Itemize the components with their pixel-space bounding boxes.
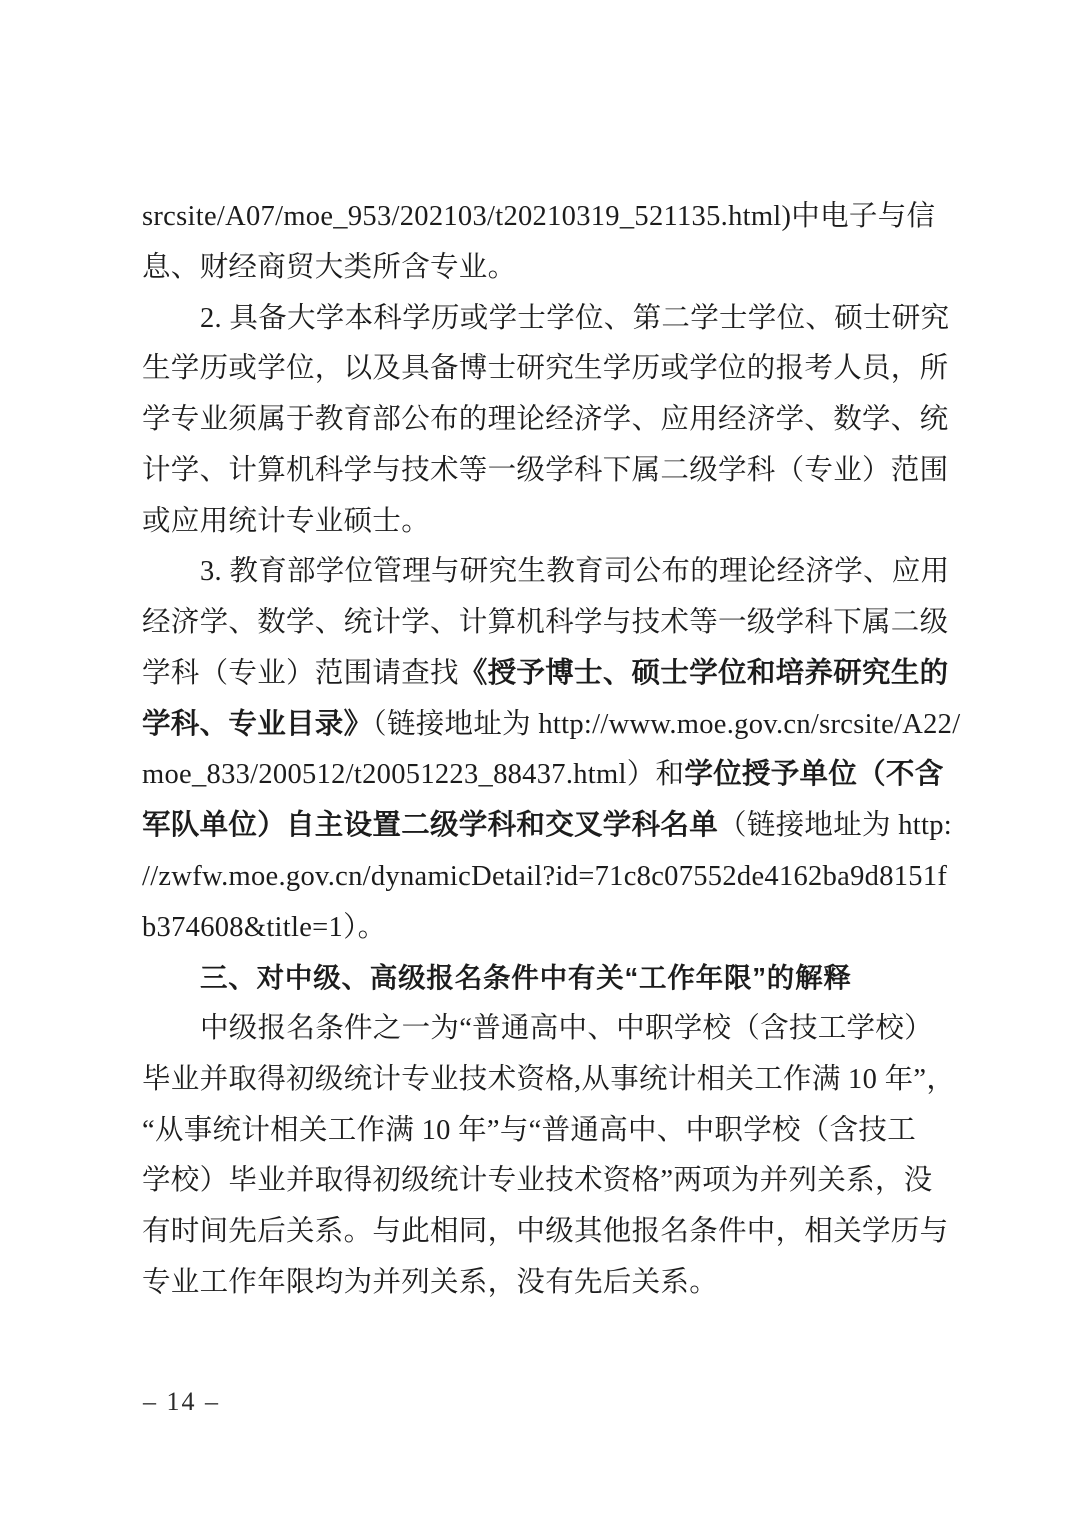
text-run: 2. 具备大学本科学历或学士学位、第二学士学位、硕士研究 (200, 303, 949, 334)
text-run: 学科（专业）范围请查找 (142, 658, 459, 689)
text-run: 3. 教育部学位管理与研究生教育司公布的理论经济学、应用 (200, 556, 949, 587)
document-page: srcsite/A07/moe_953/202103/t20210319_521… (0, 0, 1074, 1520)
document-body: srcsite/A07/moe_953/202103/t20210319_521… (142, 192, 956, 1309)
text-line: “从事统计相关工作满 10 年”与“普通高中、中职学校（含技工 (142, 1106, 956, 1157)
text-line: 经济学、数学、统计学、计算机科学与技术等一级学科下属二级 (142, 598, 956, 649)
text-run: moe_833/200512/t20051223_88437.html）和 (142, 759, 684, 790)
text-run: b374608&title=1）。 (142, 912, 386, 943)
emphasis-text-run: 学科、专业目录》 (142, 709, 372, 740)
text-run: 中级报名条件之一为“普通高中、中职学校（含技工学校） (200, 1013, 933, 1044)
section-heading: 三、对中级、高级报名条件中有关“工作年限”的解释 (142, 953, 956, 1004)
text-run: 生学历或学位，以及具备博士研究生学历或学位的报考人员，所 (142, 353, 948, 384)
text-line: //zwfw.moe.gov.cn/dynamicDetail?id=71c8c… (142, 852, 956, 903)
text-run: //zwfw.moe.gov.cn/dynamicDetail?id=71c8c… (142, 861, 947, 892)
text-line: 息、财经商贸大类所含专业。 (142, 243, 956, 294)
text-line: srcsite/A07/moe_953/202103/t20210319_521… (142, 192, 956, 243)
text-run: （链接地址为 http://www.moe.gov.cn/srcsite/A22… (372, 709, 960, 740)
text-line: 学校）毕业并取得初级统计专业技术资格”两项为并列关系，没 (142, 1156, 956, 1207)
emphasis-text-run: 三、对中级、高级报名条件中有关“工作年限”的解释 (200, 962, 852, 993)
text-run: （链接地址为 http: (718, 810, 952, 841)
text-run: 计学、计算机科学与技术等一级学科下属二级学科（专业）范围 (142, 455, 948, 486)
text-line: 专业工作年限均为并列关系，没有先后关系。 (142, 1258, 956, 1309)
text-line: 军队单位）自主设置二级学科和交叉学科名单（链接地址为 http: (142, 801, 956, 852)
text-line: 计学、计算机科学与技术等一级学科下属二级学科（专业）范围 (142, 446, 956, 497)
text-run: 或应用统计专业硕士。 (142, 506, 430, 537)
text-line: 毕业并取得初级统计专业技术资格,从事统计相关工作满 10 年”， (142, 1055, 956, 1106)
page-number: – 14 – (143, 1382, 220, 1422)
text-run: srcsite/A07/moe_953/202103/t20210319_521… (142, 201, 935, 232)
text-line: 生学历或学位，以及具备博士研究生学历或学位的报考人员，所 (142, 344, 956, 395)
text-line: 学科（专业）范围请查找《授予博士、硕士学位和培养研究生的 (142, 649, 956, 700)
text-line: 有时间先后关系。与此相同，中级其他报名条件中，相关学历与 (142, 1207, 956, 1258)
text-line: b374608&title=1）。 (142, 903, 956, 954)
text-line: 学科、专业目录》（链接地址为 http://www.moe.gov.cn/src… (142, 700, 956, 751)
text-line: 或应用统计专业硕士。 (142, 497, 956, 548)
text-line: 2. 具备大学本科学历或学士学位、第二学士学位、硕士研究 (142, 294, 956, 345)
text-run: 有时间先后关系。与此相同，中级其他报名条件中，相关学历与 (142, 1216, 948, 1247)
emphasis-text-run: 《授予博士、硕士学位和培养研究生的 (459, 658, 949, 689)
text-run: “从事统计相关工作满 10 年”与“普通高中、中职学校（含技工 (142, 1115, 916, 1146)
text-line: 中级报名条件之一为“普通高中、中职学校（含技工学校） (142, 1004, 956, 1055)
emphasis-text-run: 军队单位）自主设置二级学科和交叉学科名单 (142, 810, 718, 841)
text-run: 息、财经商贸大类所含专业。 (142, 252, 516, 283)
text-run: 专业工作年限均为并列关系，没有先后关系。 (142, 1267, 718, 1298)
text-line: 3. 教育部学位管理与研究生教育司公布的理论经济学、应用 (142, 547, 956, 598)
text-run: 毕业并取得初级统计专业技术资格,从事统计相关工作满 10 年”， (142, 1064, 955, 1095)
text-run: 学专业须属于教育部公布的理论经济学、应用经济学、数学、统 (142, 404, 948, 435)
text-line: moe_833/200512/t20051223_88437.html）和学位授… (142, 750, 956, 801)
text-run: 学校）毕业并取得初级统计专业技术资格”两项为并列关系，没 (142, 1165, 933, 1196)
text-run: 经济学、数学、统计学、计算机科学与技术等一级学科下属二级 (142, 607, 948, 638)
emphasis-text-run: 学位授予单位（不含 (684, 759, 943, 790)
text-line: 学专业须属于教育部公布的理论经济学、应用经济学、数学、统 (142, 395, 956, 446)
